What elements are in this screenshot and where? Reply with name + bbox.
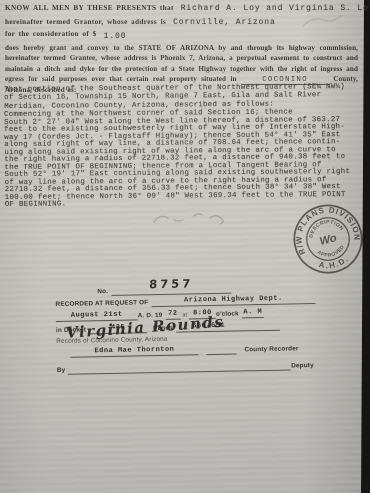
- pencil-scribble: [150, 206, 245, 232]
- opening-line-consideration: for the consideration of $ 1.00: [5, 30, 126, 39]
- recording-number-field: 8757: [111, 274, 231, 296]
- typed-consideration-amount: 1.00: [104, 32, 127, 41]
- legal-description-paragraph-2: Commencing at the Northwest corner of sa…: [4, 109, 351, 210]
- stamp-approver-initials: Wo: [318, 232, 338, 248]
- pencil-mark-top-right: [300, 12, 345, 32]
- recording-number-row: No. 8757: [97, 272, 315, 296]
- legal-description-paragraph-1: That portion of the Southeast quarter of…: [4, 83, 345, 111]
- county-recorder-title: County Recorder: [244, 345, 301, 354]
- recording-block: No. 8757 RECORDED AT REQUEST OF Arizona …: [55, 272, 317, 378]
- opening-line-grantors: KNOW ALL MEN BY THESE PRESENTS that Rich…: [5, 4, 370, 13]
- scanned-deed-photo: { "colors": { "paper": "#cbc8c3", "ink":…: [0, 0, 370, 493]
- opening-line-address: hereinafter termed Grantor, whose addres…: [5, 18, 276, 27]
- am-pm-value: A. M: [242, 308, 264, 318]
- requesting-party-value: Arizona Highway Dept.: [151, 294, 315, 307]
- recording-number-value: 8757: [149, 276, 194, 291]
- svg-text:R/W PLANS DIVISION: R/W PLANS DIVISION: [287, 198, 363, 256]
- printed-presents-text: KNOW ALL MEN BY THESE PRESENTS that: [5, 4, 174, 12]
- stamp-outer-top-text: R/W PLANS DIVISION: [287, 198, 363, 256]
- deputy-title-label: Deputy: [291, 362, 317, 370]
- no-label: No.: [97, 288, 111, 296]
- printed-grantor-address-text: hereinafter termed Grantor, whose addres…: [5, 18, 166, 26]
- blank-underline: [242, 329, 280, 332]
- printed-consideration-text: for the consideration of $: [5, 30, 97, 38]
- typed-grantor-address: Cornville, Arizona: [173, 18, 276, 27]
- deed-document: KNOW ALL MEN BY THESE PRESENTS that Rich…: [0, 0, 370, 493]
- recorded-at-request-label: RECORDED AT REQUEST OF: [55, 299, 151, 309]
- by-label: By: [57, 367, 69, 375]
- deputy-signature-row: By Deputy: [57, 358, 317, 375]
- blank-underline: [206, 353, 236, 356]
- deputy-signature-line: [68, 358, 291, 374]
- county-recorder-name: Edna Mae Thornton: [70, 345, 198, 357]
- typed-grantor-names: Richard A. Loy and Virginia S. Loy,: [181, 4, 370, 13]
